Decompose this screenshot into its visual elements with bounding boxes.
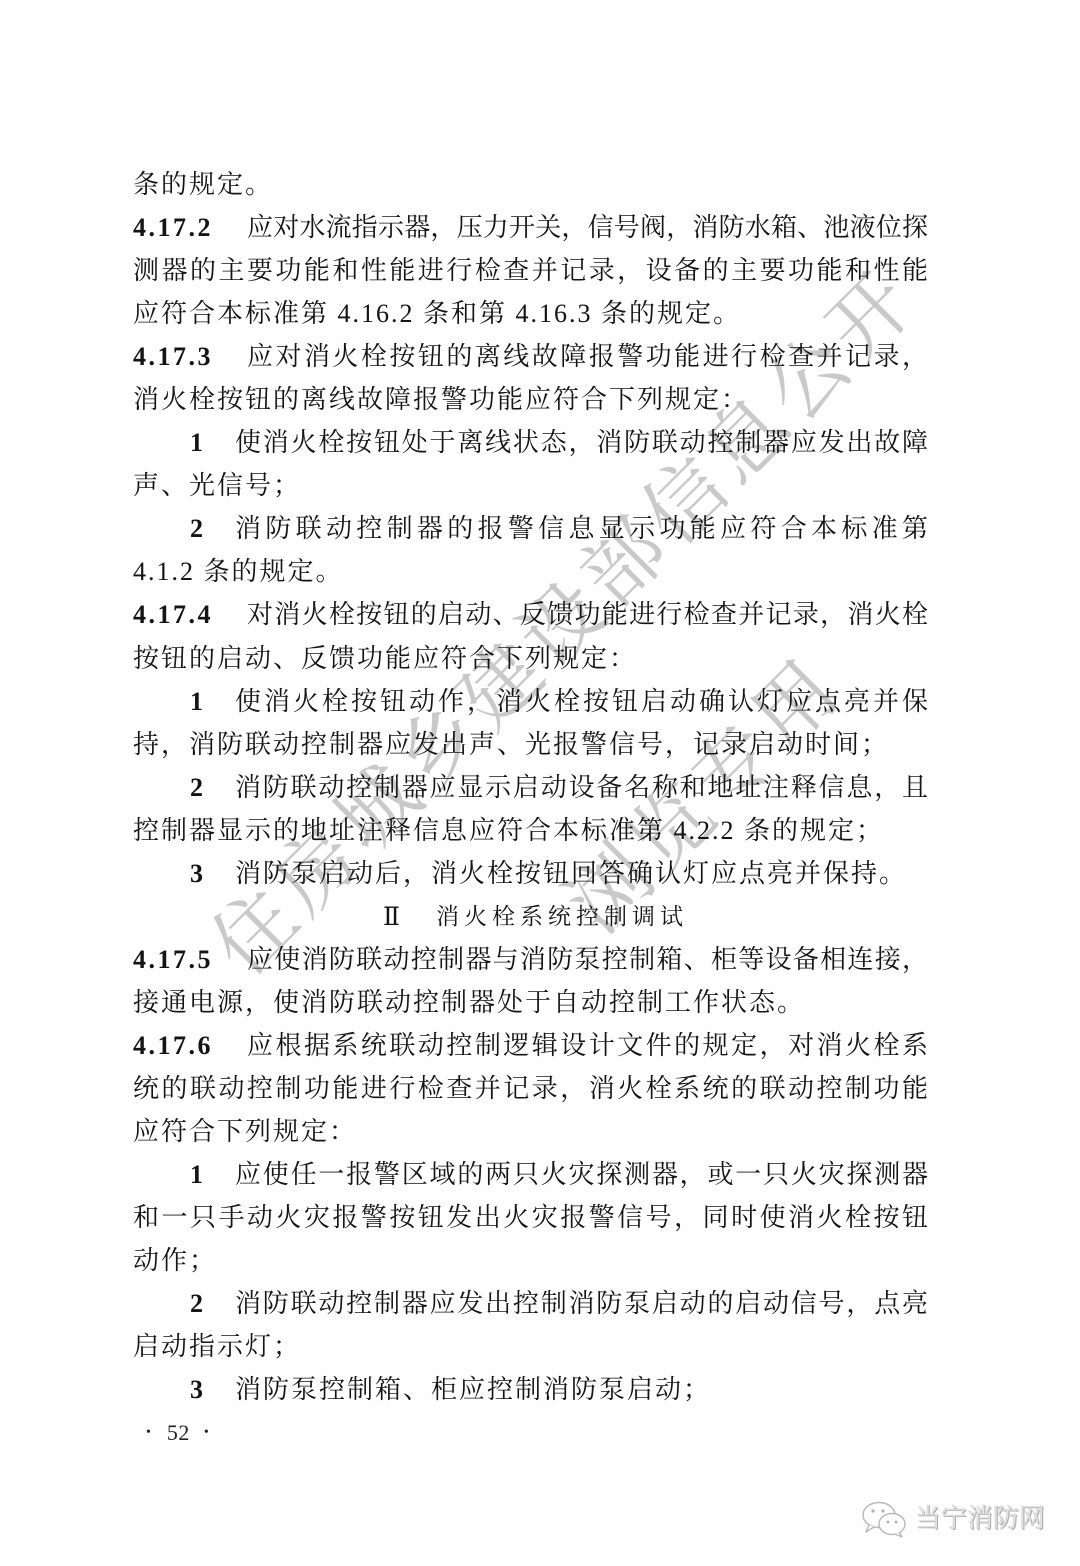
list-item: 3 消防泵启动后，消火栓按钮回答确认灯应点亮并保持。 — [133, 852, 928, 895]
clause-4-17-3: 4.17.3 应对消火栓按钮的离线故障报警功能进行检查并记录， — [133, 335, 928, 378]
page-number-value: 52 — [167, 1418, 190, 1448]
item-number: 3 — [190, 1368, 235, 1411]
text-line: 接通电源，使消防联动控制器处于自动控制工作状态。 — [133, 981, 928, 1024]
item-text: 声、光信号； — [133, 464, 928, 507]
clause-text: 应符合下列规定： — [133, 1110, 928, 1153]
section-title: 消火栓系统控制调试 — [436, 895, 688, 938]
text-line: 按钮的启动、反馈功能应符合下列规定： — [133, 637, 928, 680]
wechat-icon — [860, 1500, 910, 1538]
item-number: 1 — [190, 680, 235, 723]
list-item: 3 消防泵控制箱、柜应控制消防泵启动； — [133, 1368, 928, 1411]
item-text: 动作； — [133, 1239, 928, 1282]
page-number-marker-right: • — [204, 1418, 209, 1448]
list-item: 1 使消火栓按钮动作，消火栓按钮启动确认灯应点亮并保 — [133, 680, 928, 723]
clause-text: 按钮的启动、反馈功能应符合下列规定： — [133, 637, 928, 680]
text-line: 应符合本标准第 4.16.2 条和第 4.16.3 条的规定。 — [133, 292, 928, 335]
clause-number: 4.17.6 — [133, 1024, 247, 1067]
page-number: • 52 • — [146, 1418, 209, 1448]
clause-4-17-6: 4.17.6 应根据系统联动控制逻辑设计文件的规定，对消火栓系 — [133, 1024, 928, 1067]
list-item: 1 使消火栓按钮处于离线状态，消防联动控制器应发出故障 — [133, 421, 928, 464]
text-line: 动作； — [133, 1239, 928, 1282]
item-text: 消防泵启动后，消火栓按钮回答确认灯应点亮并保持。 — [235, 852, 928, 895]
text-line: 4.1.2 条的规定。 — [133, 550, 928, 593]
list-item: 2 消防联动控制器应显示启动设备名称和地址注释信息，且 — [133, 766, 928, 809]
text-line: 条的规定。 — [133, 163, 928, 206]
text-line: 持，消防联动控制器应发出声、光报警信号，记录启动时间； — [133, 723, 928, 766]
clause-number: 4.17.3 — [133, 335, 247, 378]
text-line: 测器的主要功能和性能进行检查并记录，设备的主要功能和性能 — [133, 249, 928, 292]
document-body: 条的规定。 4.17.2 应对水流指示器，压力开关，信号阀，消防水箱、池液位探 … — [133, 163, 928, 1411]
item-number: 1 — [190, 421, 235, 464]
list-item: 2 消防联动控制器应发出控制消防泵启动的启动信号，点亮 — [133, 1282, 928, 1325]
item-text: 持，消防联动控制器应发出声、光报警信号，记录启动时间； — [133, 723, 928, 766]
item-number: 1 — [190, 1153, 235, 1196]
text-line: 声、光信号； — [133, 464, 928, 507]
item-text: 消防联动控制器应发出控制消防泵启动的启动信号，点亮 — [235, 1282, 928, 1325]
clause-text: 测器的主要功能和性能进行检查并记录，设备的主要功能和性能 — [133, 249, 928, 292]
item-text: 4.1.2 条的规定。 — [133, 550, 928, 593]
clause-text: 接通电源，使消防联动控制器处于自动控制工作状态。 — [133, 981, 928, 1024]
list-item: 2 消防联动控制器的报警信息显示功能应符合本标准第 — [133, 507, 928, 550]
clause-text: 消火栓按钮的离线故障报警功能应符合下列规定： — [133, 378, 928, 421]
clause-number: 4.17.4 — [133, 593, 247, 636]
clause-text: 统的联动控制功能进行检查并记录，消火栓系统的联动控制功能 — [133, 1067, 928, 1110]
continued-text: 条的规定。 — [133, 163, 928, 206]
clause-4-17-4: 4.17.4 对消火栓按钮的启动、反馈功能进行检查并记录，消火栓 — [133, 593, 928, 636]
item-text: 控制器显示的地址注释信息应符合本标准第 4.2.2 条的规定； — [133, 809, 928, 852]
item-text: 启动指示灯； — [133, 1325, 928, 1368]
item-number: 3 — [190, 852, 235, 895]
document-page: 住房城乡建设部信息公开 浏览专用 条的规定。 4.17.2 应对水流指示器，压力… — [0, 0, 1080, 1566]
item-text: 和一只手动火灾报警按钮发出火灾报警信号，同时使消火栓按钮 — [133, 1196, 928, 1239]
text-line: 控制器显示的地址注释信息应符合本标准第 4.2.2 条的规定； — [133, 809, 928, 852]
text-line: 统的联动控制功能进行检查并记录，消火栓系统的联动控制功能 — [133, 1067, 928, 1110]
item-text: 应使任一报警区域的两只火灾探测器，或一只火灾探测器 — [235, 1153, 928, 1196]
text-line: 和一只手动火灾报警按钮发出火灾报警信号，同时使消火栓按钮 — [133, 1196, 928, 1239]
item-text: 使消火栓按钮动作，消火栓按钮启动确认灯应点亮并保 — [235, 680, 928, 723]
clause-4-17-5: 4.17.5 应使消防联动控制器与消防泵控制箱、柜等设备相连接， — [133, 938, 928, 981]
text-line: 应符合下列规定： — [133, 1110, 928, 1153]
text-line: 启动指示灯； — [133, 1325, 928, 1368]
item-text: 使消火栓按钮处于离线状态，消防联动控制器应发出故障 — [235, 421, 928, 464]
item-number: 2 — [190, 507, 235, 550]
list-item: 1 应使任一报警区域的两只火灾探测器，或一只火灾探测器 — [133, 1153, 928, 1196]
clause-number: 4.17.2 — [133, 206, 247, 249]
section-numeral: Ⅱ — [383, 895, 400, 938]
source-brand-label: 当宁消防网 — [915, 1502, 1045, 1536]
page-number-marker-left: • — [146, 1418, 151, 1448]
clause-text: 应对消火栓按钮的离线故障报警功能进行检查并记录， — [247, 335, 928, 378]
item-text: 消防联动控制器应显示启动设备名称和地址注释信息，且 — [235, 766, 928, 809]
text-line: 消火栓按钮的离线故障报警功能应符合下列规定： — [133, 378, 928, 421]
clause-text: 应使消防联动控制器与消防泵控制箱、柜等设备相连接， — [247, 938, 928, 981]
clause-number: 4.17.5 — [133, 938, 247, 981]
clause-text: 应符合本标准第 4.16.2 条和第 4.16.3 条的规定。 — [133, 292, 928, 335]
clause-text: 应根据系统联动控制逻辑设计文件的规定，对消火栓系 — [247, 1024, 928, 1067]
section-heading: Ⅱ 消火栓系统控制调试 — [133, 895, 928, 938]
clause-text: 对消火栓按钮的启动、反馈功能进行检查并记录，消火栓 — [247, 593, 928, 636]
clause-4-17-2: 4.17.2 应对水流指示器，压力开关，信号阀，消防水箱、池液位探 — [133, 206, 928, 249]
item-text: 消防联动控制器的报警信息显示功能应符合本标准第 — [235, 507, 928, 550]
item-text: 消防泵控制箱、柜应控制消防泵启动； — [235, 1368, 928, 1411]
item-number: 2 — [190, 1282, 235, 1325]
clause-text: 应对水流指示器，压力开关，信号阀，消防水箱、池液位探 — [247, 206, 928, 249]
item-number: 2 — [190, 766, 235, 809]
